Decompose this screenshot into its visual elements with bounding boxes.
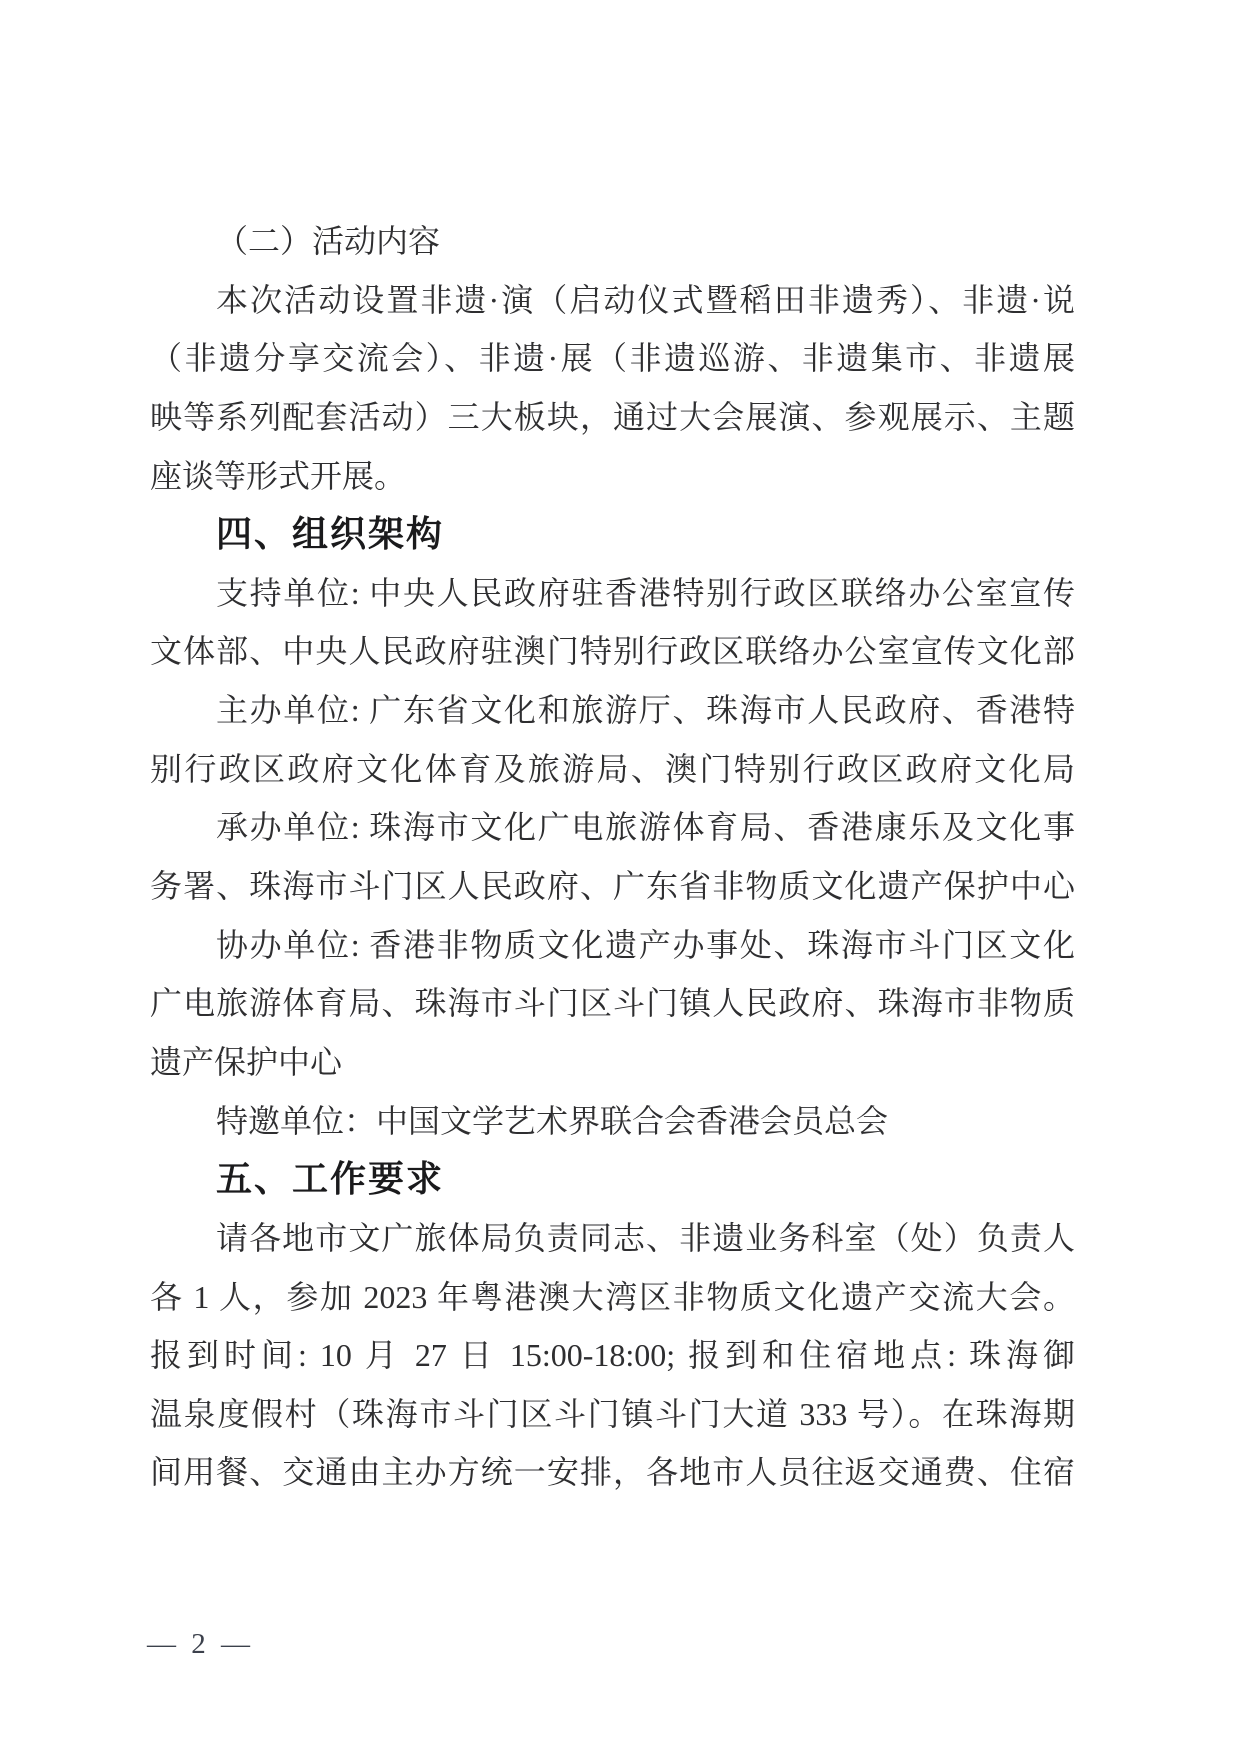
paragraph-line: 请各地市文广旅体局负责同志、非遗业务科室（处）负责人	[150, 1209, 1075, 1268]
paragraph-line: 映等系列配套活动）三大板块，通过大会展演、参观展示、主题	[150, 388, 1075, 447]
paragraph-line-organizer-units: 承办单位: 珠海市文化广电旅游体育局、香港康乐及文化事	[150, 798, 1075, 857]
document-body: （二）活动内容 本次活动设置非遗·演（启动仪式暨稻田非遗秀）、非遗·说 （非遗分…	[150, 212, 1075, 1502]
page-number: — 2 —	[147, 1628, 254, 1661]
paragraph-line: 本次活动设置非遗·演（启动仪式暨稻田非遗秀）、非遗·说	[150, 271, 1075, 330]
paragraph-line: （非遗分享交流会）、非遗·展（非遗巡游、非遗集市、非遗展	[150, 329, 1075, 388]
paragraph-line-venue-address: 温泉度假村（珠海市斗门区斗门镇斗门大道 333 号）。在珠海期	[150, 1385, 1075, 1444]
paragraph-line: 遗产保护中心	[150, 1033, 1075, 1092]
paragraph-line: 务署、珠海市斗门区人民政府、广东省非物质文化遗产保护中心	[150, 857, 1075, 916]
paragraph-line: 间用餐、交通由主办方统一安排，各地市人员往返交通费、住宿	[150, 1443, 1075, 1502]
section-heading-work-requirements: 五、工作要求	[150, 1150, 1075, 1209]
document-page: （二）活动内容 本次活动设置非遗·演（启动仪式暨稻田非遗秀）、非遗·说 （非遗分…	[0, 0, 1235, 1753]
paragraph-line: 各 1 人，参加 2023 年粤港澳大湾区非物质文化遗产交流大会。	[150, 1268, 1075, 1327]
paragraph-line: 座谈等形式开展。	[150, 447, 1075, 506]
paragraph-line: 文体部、中央人民政府驻澳门特别行政区联络办公室宣传文化部	[150, 622, 1075, 681]
paragraph-line: 别行政区政府文化体育及旅游局、澳门特别行政区政府文化局	[150, 740, 1075, 799]
paragraph-line-registration-time: 报到时间: 10 月 27 日 15:00-18:00; 报到和住宿地点: 珠海…	[150, 1326, 1075, 1385]
paragraph-line: 广电旅游体育局、珠海市斗门区斗门镇人民政府、珠海市非物质	[150, 974, 1075, 1033]
paragraph-line-host-units: 主办单位: 广东省文化和旅游厅、珠海市人民政府、香港特	[150, 681, 1075, 740]
paragraph-line-invited-units: 特邀单位：中国文学艺术界联合会香港会员总会	[150, 1092, 1075, 1151]
section-heading-organization: 四、组织架构	[150, 505, 1075, 564]
paragraph-line-coorganizer-units: 协办单位: 香港非物质文化遗产办事处、珠海市斗门区文化	[150, 916, 1075, 975]
subsection-heading-activity-content: （二）活动内容	[150, 212, 1075, 271]
paragraph-line-supporting-units: 支持单位: 中央人民政府驻香港特别行政区联络办公室宣传	[150, 564, 1075, 623]
